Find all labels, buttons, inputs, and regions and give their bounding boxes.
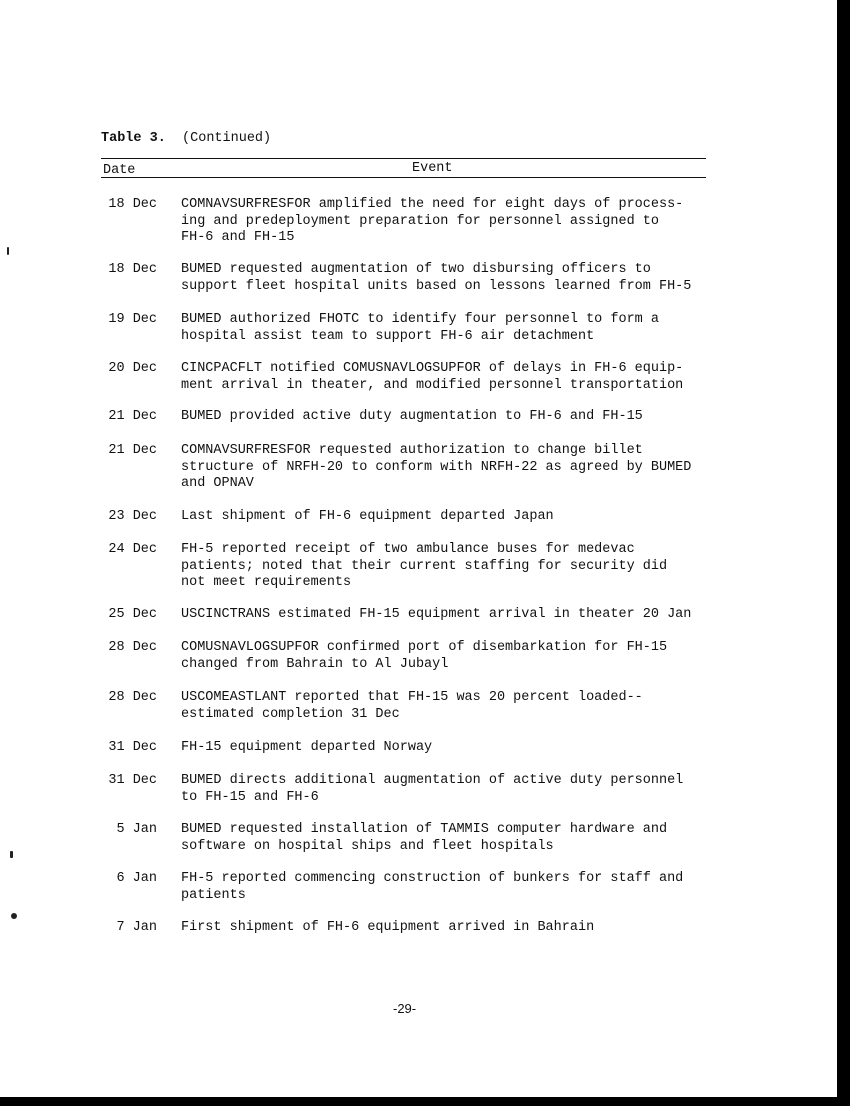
row-date: 31 Dec <box>101 773 157 790</box>
row-event: Last shipment of FH-6 equipment departed… <box>181 509 721 526</box>
scan-speck <box>7 247 9 255</box>
row-date: 31 Dec <box>101 740 157 757</box>
row-date: 21 Dec <box>101 443 157 460</box>
page-number: -29- <box>393 1001 416 1016</box>
column-header-date: Date <box>103 163 135 178</box>
row-event: COMUSNAVLOGSUPFOR confirmed port of dise… <box>181 640 721 673</box>
row-event: BUMED provided active duty augmentation … <box>181 409 721 426</box>
table-label: Table 3. <box>101 131 166 146</box>
row-date: 20 Dec <box>101 361 157 378</box>
row-date: 18 Dec <box>101 197 157 214</box>
row-date: 18 Dec <box>101 262 157 279</box>
scan-edge-bottom <box>0 1097 850 1106</box>
row-event: COMNAVSURFRESFOR requested authorization… <box>181 443 721 493</box>
row-event: BUMED authorized FHOTC to identify four … <box>181 312 721 345</box>
table-top-rule <box>101 158 706 159</box>
scanned-page: Table 3. (Continued) Date Event 18 Dec C… <box>0 0 850 1111</box>
row-event: FH-15 equipment departed Norway <box>181 740 721 757</box>
row-date: 19 Dec <box>101 312 157 329</box>
row-event: BUMED requested augmentation of two disb… <box>181 262 721 295</box>
row-date: 7 Jan <box>101 920 157 937</box>
row-event: USCOMEASTLANT reported that FH-15 was 20… <box>181 690 721 723</box>
row-event: FH-5 reported receipt of two ambulance b… <box>181 542 721 592</box>
row-date: 21 Dec <box>101 409 157 426</box>
row-date: 23 Dec <box>101 509 157 526</box>
scan-speck <box>10 851 13 858</box>
row-event: COMNAVSURFRESFOR amplified the need for … <box>181 197 721 247</box>
row-event: BUMED directs additional augmentation of… <box>181 773 721 806</box>
row-date: 24 Dec <box>101 542 157 559</box>
row-event: BUMED requested installation of TAMMIS c… <box>181 822 721 855</box>
row-event: USCINCTRANS estimated FH-15 equipment ar… <box>181 607 721 624</box>
row-date: 5 Jan <box>101 822 157 839</box>
row-event: First shipment of FH-6 equipment arrived… <box>181 920 721 937</box>
table-caption: (Continued) <box>182 131 271 146</box>
row-date: 6 Jan <box>101 871 157 888</box>
column-header-event: Event <box>412 161 453 176</box>
row-date: 28 Dec <box>101 690 157 707</box>
row-event: FH-5 reported commencing construction of… <box>181 871 721 904</box>
row-event: CINCPACFLT notified COMUSNAVLOGSUPFOR of… <box>181 361 721 394</box>
row-date: 28 Dec <box>101 640 157 657</box>
table-header-rule <box>101 177 706 178</box>
scan-edge-right <box>837 0 850 1106</box>
row-date: 25 Dec <box>101 607 157 624</box>
table-title: Table 3. (Continued) <box>101 131 271 146</box>
scan-speck <box>11 913 17 919</box>
